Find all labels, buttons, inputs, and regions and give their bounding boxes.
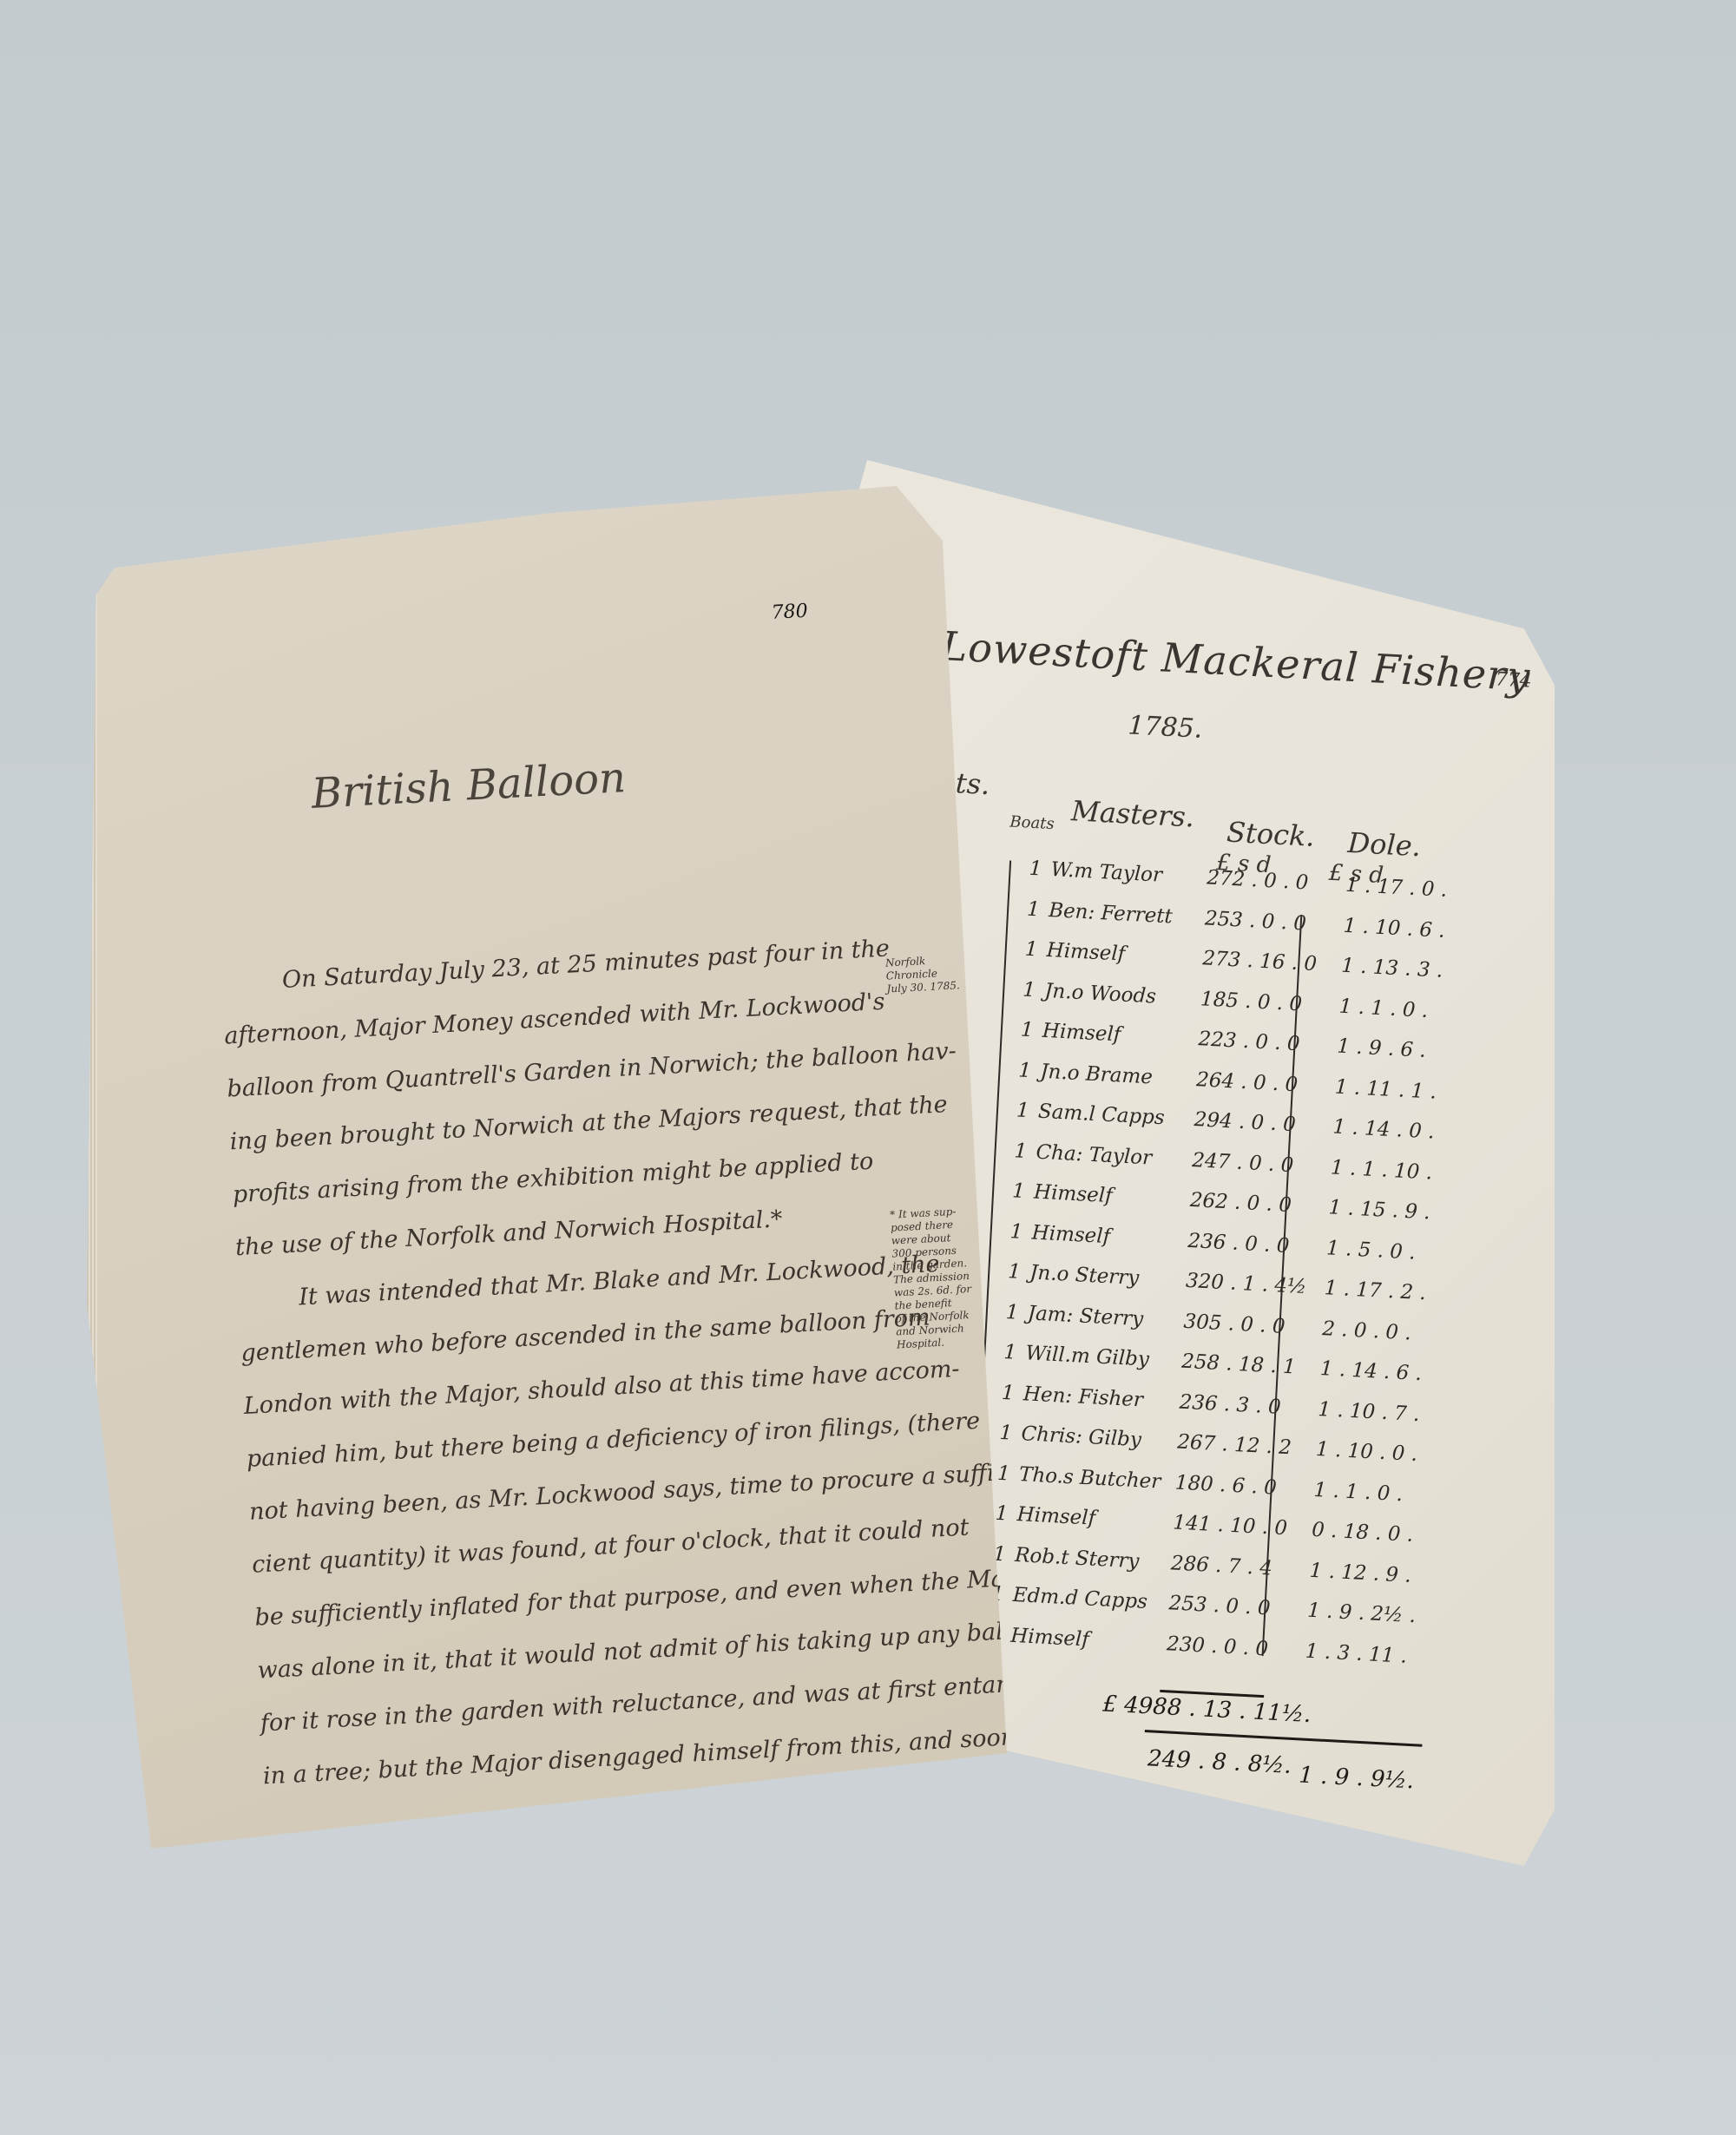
- stacked-page-edges: [87, 521, 97, 1840]
- header-boats: Boats: [1009, 812, 1055, 833]
- header-masters: Masters.: [1070, 794, 1195, 833]
- ledger-year: 1785.: [1128, 710, 1204, 744]
- average-stock: 249 . 8 . 8½.: [1147, 1745, 1292, 1779]
- page-folio-number: 780: [771, 601, 808, 624]
- ledger-folio-number: 774: [1495, 669, 1532, 693]
- header-stock: Stock.: [1226, 816, 1315, 853]
- margin-footnote: * It was sup- posed there were about 300…: [890, 1205, 975, 1351]
- stock-total: £ 4988 . 13 . 11½.: [1102, 1691, 1312, 1728]
- ledger-title: Lowestoft Mackeral Fishery: [940, 622, 1532, 700]
- average-rule: [1145, 1730, 1423, 1747]
- average-dole: 1 . 9 . 9½.: [1299, 1762, 1415, 1794]
- manuscript-body: On Saturday July 23, at 25 minutes past …: [220, 921, 952, 1856]
- header-dole: Dole.: [1347, 826, 1422, 863]
- page-title: British Balloon: [310, 753, 627, 818]
- british-balloon-page: 780 British Balloon On Saturday July 23,…: [87, 486, 1007, 1849]
- margin-note-source: Norfolk Chronicle July 30. 1785.: [885, 953, 960, 995]
